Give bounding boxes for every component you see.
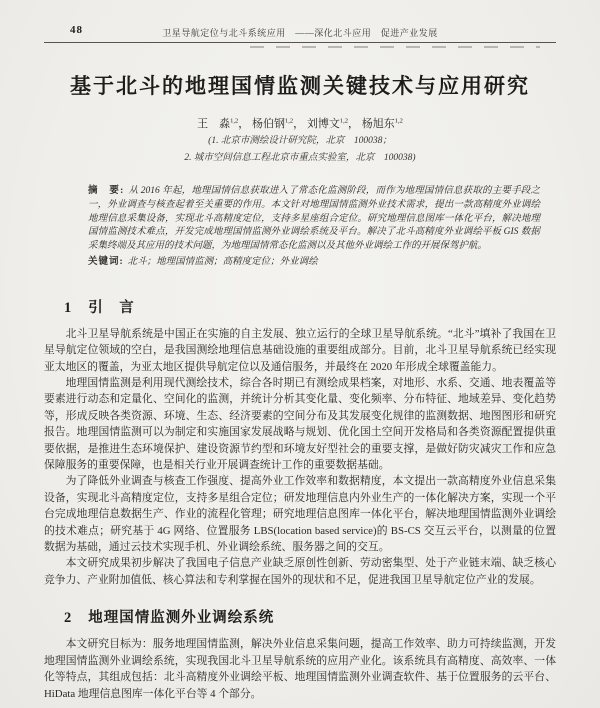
paragraph: 本文研究目标为：服务地理国情监测，解决外业信息采集问题，提高工作效率、助力可持续…: [44, 636, 556, 702]
abstract-text: 从 2016 年起，地理国情信息获取进入了常态化监测阶段，而作为地理国情信息获取…: [88, 186, 540, 251]
page-header: 48 卫星导航定位与北斗系统应用 ——深化北斗应用 促进产业发展: [44, 24, 556, 39]
section-number: 1: [64, 300, 72, 316]
author-name: 杨旭东: [362, 118, 395, 130]
keywords-text: 北斗；地理国情监测；高精度定位；外业调绘: [128, 257, 318, 267]
section-title: 引 言: [88, 300, 135, 316]
author-separator: ，: [238, 118, 249, 130]
paragraph: 本文研究成果初步解决了我国电子信息产业缺乏原创性创新、劳动密集型、处于产业链末端…: [44, 555, 556, 588]
section-2-heading: 2地理国情监测外业调绘系统: [64, 606, 556, 627]
author: 杨旭东1,2: [362, 118, 403, 130]
keywords-block: 关键词:北斗；地理国情监测；高精度定位；外业调绘: [88, 256, 540, 270]
affiliation-line-2: 2. 城市空间信息工程北京市重点实验室，北京 100038): [0, 151, 600, 165]
paper-page: 48 卫星导航定位与北斗系统应用 ——深化北斗应用 促进产业发展 基于北斗的地理…: [0, 0, 600, 708]
keywords-label: 关键词:: [88, 257, 128, 267]
header-rule-artifact: [250, 46, 540, 48]
paragraph: 北斗卫星导航系统是中国正在实施的自主发展、独立运行的全球卫星导航系统。“北斗”填…: [44, 326, 556, 375]
author: 王 淼1,2，: [197, 118, 249, 130]
article-title: 基于北斗的地理国情监测关键技术与应用研究: [40, 70, 560, 100]
author-name: 杨伯钢: [252, 118, 285, 130]
affiliation-line-1: (1. 北京市测绘设计研究院，北京 100038；: [0, 134, 600, 148]
paragraph: 地理国情监测是利用现代测绘技术，综合各时期已有测绘成果档案，对地形、水系、交通、…: [44, 375, 556, 473]
section-title: 地理国情监测外业调绘系统: [88, 610, 274, 626]
abstract-block: 摘 要:从 2016 年起，地理国情信息获取进入了常态化监测阶段，而作为地理国情…: [88, 185, 540, 254]
author-superscript: 1,2: [285, 117, 293, 124]
author: 刘博文1,2，: [307, 118, 359, 130]
paragraph: 为了降低外业调查与核查工作强度、提高外业工作效率和数据精度，本文提出一款高精度外…: [44, 473, 556, 555]
author-separator: ，: [348, 118, 359, 130]
section-1-heading: 1引 言: [64, 296, 556, 317]
author: 杨伯钢1,2，: [252, 118, 304, 130]
author-separator: ，: [293, 118, 304, 130]
author-name: 王 淼: [197, 118, 230, 130]
header-rule: [44, 42, 556, 43]
authors-line: 王 淼1,2， 杨伯钢1,2， 刘博文1,2， 杨旭东1,2: [0, 115, 600, 131]
abstract-label: 摘 要:: [88, 186, 128, 196]
running-title: 卫星导航定位与北斗系统应用 ——深化北斗应用 促进产业发展: [44, 26, 556, 39]
author-superscript: 1,2: [395, 117, 403, 124]
author-name: 刘博文: [307, 118, 340, 130]
section-number: 2: [64, 610, 72, 626]
author-superscript: 1,2: [340, 117, 348, 124]
